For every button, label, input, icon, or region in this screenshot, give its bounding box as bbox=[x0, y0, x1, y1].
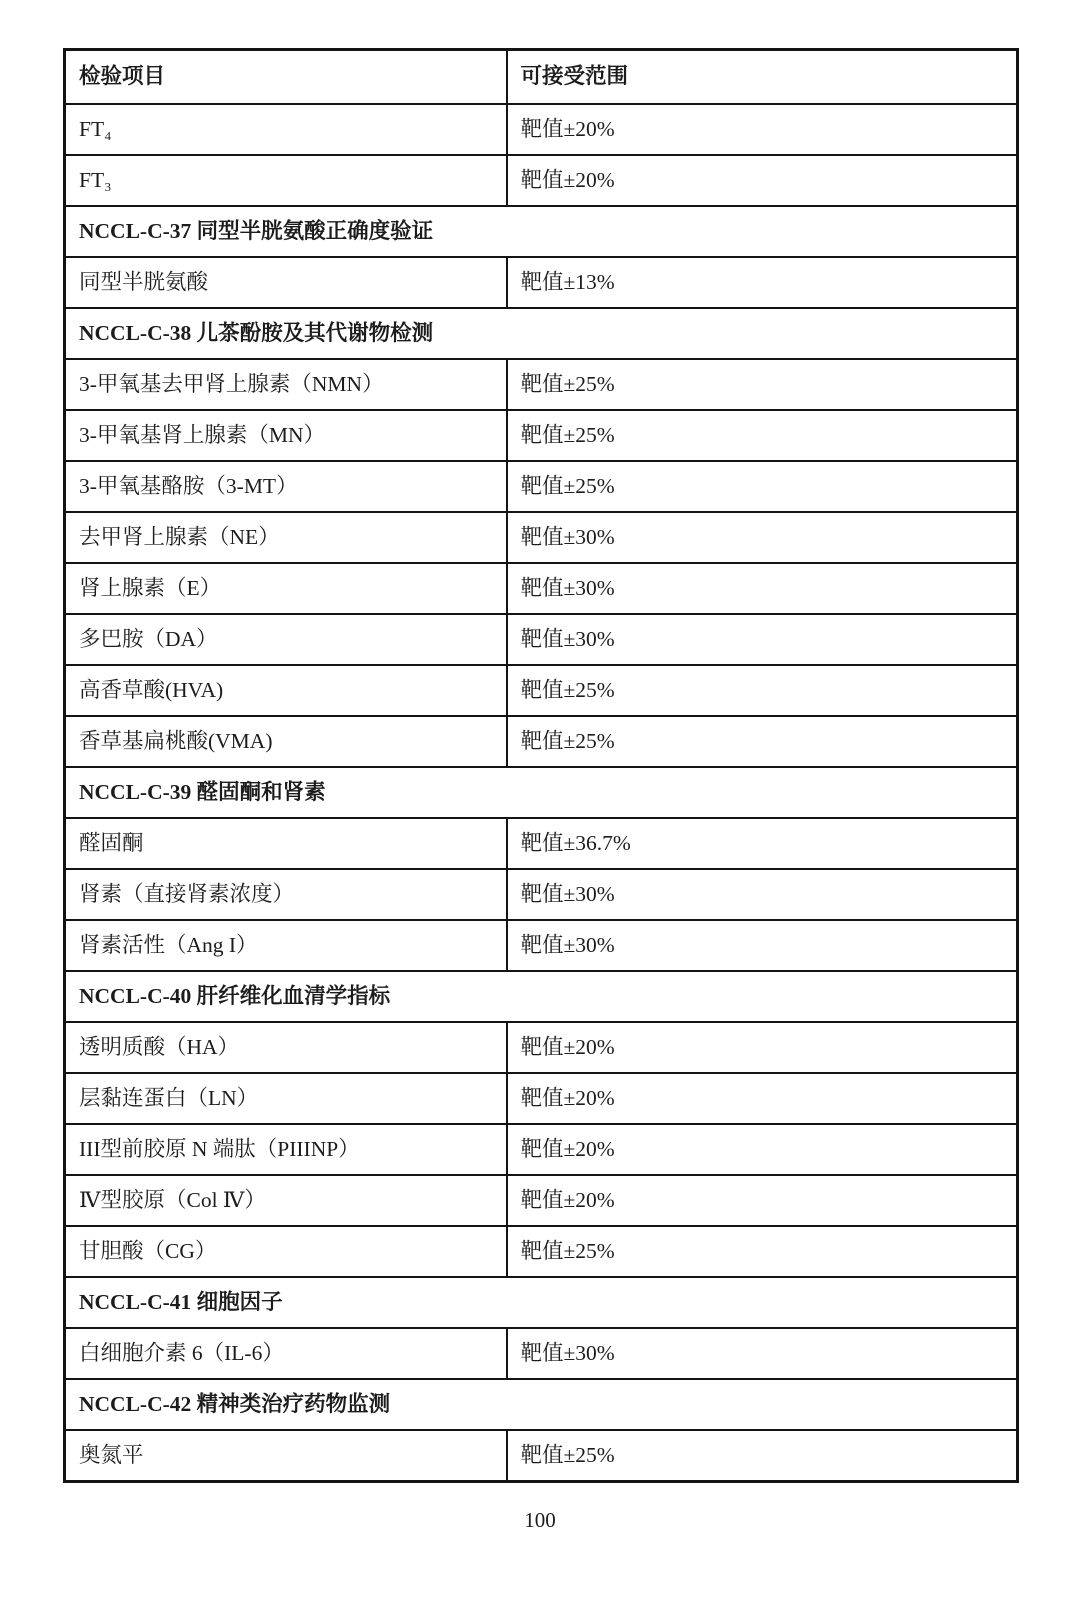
table-row: 3-甲氧基去甲肾上腺素（NMN）靶值±25% bbox=[65, 359, 1018, 410]
document-page: 检验项目 可接受范围 FT₄靶值±20%FT₃靶值±20%NCCL-C-37 同… bbox=[0, 0, 1080, 1603]
table-row: 同型半胱氨酸靶值±13% bbox=[65, 257, 1018, 308]
table-row: 醛固酮靶值±36.7% bbox=[65, 818, 1018, 869]
section-row: NCCL-C-37 同型半胱氨酸正确度验证 bbox=[65, 206, 1018, 257]
table-row: 透明质酸（HA）靶值±20% bbox=[65, 1022, 1018, 1073]
table-row: 肾素（直接肾素浓度）靶值±30% bbox=[65, 869, 1018, 920]
item-name-cell: 3-甲氧基去甲肾上腺素（NMN） bbox=[65, 359, 507, 410]
item-name-cell: 奥氮平 bbox=[65, 1430, 507, 1482]
item-name-cell: 甘胆酸（CG） bbox=[65, 1226, 507, 1277]
table-row: 甘胆酸（CG）靶值±25% bbox=[65, 1226, 1018, 1277]
column-header-test-item: 检验项目 bbox=[65, 50, 507, 105]
item-name-cell: FT₃ bbox=[65, 155, 507, 206]
table-row: 去甲肾上腺素（NE）靶值±30% bbox=[65, 512, 1018, 563]
item-name-cell: 多巴胺（DA） bbox=[65, 614, 507, 665]
range-value-cell: 靶值±25% bbox=[507, 359, 1018, 410]
range-value-cell: 靶值±25% bbox=[507, 665, 1018, 716]
table-row: 肾上腺素（E）靶值±30% bbox=[65, 563, 1018, 614]
range-value-cell: 靶值±20% bbox=[507, 1073, 1018, 1124]
range-value-cell: 靶值±36.7% bbox=[507, 818, 1018, 869]
header-row: 检验项目 可接受范围 bbox=[65, 50, 1018, 105]
table-row: 肾素活性（Ang I）靶值±30% bbox=[65, 920, 1018, 971]
item-name-cell: 肾上腺素（E） bbox=[65, 563, 507, 614]
range-value-cell: 靶值±30% bbox=[507, 869, 1018, 920]
item-name-cell: 透明质酸（HA） bbox=[65, 1022, 507, 1073]
range-value-cell: 靶值±30% bbox=[507, 512, 1018, 563]
range-value-cell: 靶值±20% bbox=[507, 155, 1018, 206]
item-name-cell: 3-甲氧基酪胺（3-MT） bbox=[65, 461, 507, 512]
section-title-cell: NCCL-C-42 精神类治疗药物监测 bbox=[65, 1379, 1018, 1430]
item-name-cell: Ⅳ型胶原（Col Ⅳ） bbox=[65, 1175, 507, 1226]
table-header: 检验项目 可接受范围 bbox=[65, 50, 1018, 105]
item-name-cell: 肾素（直接肾素浓度） bbox=[65, 869, 507, 920]
section-row: NCCL-C-41 细胞因子 bbox=[65, 1277, 1018, 1328]
range-value-cell: 靶值±20% bbox=[507, 104, 1018, 155]
range-value-cell: 靶值±20% bbox=[507, 1022, 1018, 1073]
item-name-cell: 白细胞介素 6（IL-6） bbox=[65, 1328, 507, 1379]
range-value-cell: 靶值±30% bbox=[507, 563, 1018, 614]
section-title-cell: NCCL-C-39 醛固酮和肾素 bbox=[65, 767, 1018, 818]
range-value-cell: 靶值±30% bbox=[507, 614, 1018, 665]
table-row: 高香草酸(HVA)靶值±25% bbox=[65, 665, 1018, 716]
range-value-cell: 靶值±30% bbox=[507, 1328, 1018, 1379]
table-row: FT₃靶值±20% bbox=[65, 155, 1018, 206]
range-value-cell: 靶值±25% bbox=[507, 461, 1018, 512]
range-value-cell: 靶值±25% bbox=[507, 410, 1018, 461]
range-value-cell: 靶值±13% bbox=[507, 257, 1018, 308]
item-name-cell: 层黏连蛋白（LN） bbox=[65, 1073, 507, 1124]
table-row: 香草基扁桃酸(VMA)靶值±25% bbox=[65, 716, 1018, 767]
acceptance-range-table: 检验项目 可接受范围 FT₄靶值±20%FT₃靶值±20%NCCL-C-37 同… bbox=[63, 48, 1019, 1483]
section-title-cell: NCCL-C-40 肝纤维化血清学指标 bbox=[65, 971, 1018, 1022]
item-name-cell: III型前胶原 N 端肽（PIIINP） bbox=[65, 1124, 507, 1175]
section-row: NCCL-C-42 精神类治疗药物监测 bbox=[65, 1379, 1018, 1430]
section-title-cell: NCCL-C-37 同型半胱氨酸正确度验证 bbox=[65, 206, 1018, 257]
table-row: 多巴胺（DA）靶值±30% bbox=[65, 614, 1018, 665]
item-name-cell: 醛固酮 bbox=[65, 818, 507, 869]
item-name-cell: 肾素活性（Ang I） bbox=[65, 920, 507, 971]
section-row: NCCL-C-39 醛固酮和肾素 bbox=[65, 767, 1018, 818]
table-row: Ⅳ型胶原（Col Ⅳ）靶值±20% bbox=[65, 1175, 1018, 1226]
table-row: III型前胶原 N 端肽（PIIINP）靶值±20% bbox=[65, 1124, 1018, 1175]
item-name-cell: 高香草酸(HVA) bbox=[65, 665, 507, 716]
item-name-cell: 同型半胱氨酸 bbox=[65, 257, 507, 308]
section-row: NCCL-C-38 儿茶酚胺及其代谢物检测 bbox=[65, 308, 1018, 359]
table-row: FT₄靶值±20% bbox=[65, 104, 1018, 155]
table-row: 层黏连蛋白（LN）靶值±20% bbox=[65, 1073, 1018, 1124]
section-title-cell: NCCL-C-41 细胞因子 bbox=[65, 1277, 1018, 1328]
item-name-cell: 去甲肾上腺素（NE） bbox=[65, 512, 507, 563]
range-value-cell: 靶值±20% bbox=[507, 1175, 1018, 1226]
table-row: 白细胞介素 6（IL-6）靶值±30% bbox=[65, 1328, 1018, 1379]
item-name-cell: 香草基扁桃酸(VMA) bbox=[65, 716, 507, 767]
table-row: 奥氮平靶值±25% bbox=[65, 1430, 1018, 1482]
range-value-cell: 靶值±25% bbox=[507, 716, 1018, 767]
table-row: 3-甲氧基酪胺（3-MT）靶值±25% bbox=[65, 461, 1018, 512]
table-body: FT₄靶值±20%FT₃靶值±20%NCCL-C-37 同型半胱氨酸正确度验证同… bbox=[65, 104, 1018, 1482]
table-row: 3-甲氧基肾上腺素（MN）靶值±25% bbox=[65, 410, 1018, 461]
range-value-cell: 靶值±25% bbox=[507, 1226, 1018, 1277]
item-name-cell: 3-甲氧基肾上腺素（MN） bbox=[65, 410, 507, 461]
section-row: NCCL-C-40 肝纤维化血清学指标 bbox=[65, 971, 1018, 1022]
range-value-cell: 靶值±20% bbox=[507, 1124, 1018, 1175]
range-value-cell: 靶值±30% bbox=[507, 920, 1018, 971]
section-title-cell: NCCL-C-38 儿茶酚胺及其代谢物检测 bbox=[65, 308, 1018, 359]
column-header-acceptable-range: 可接受范围 bbox=[507, 50, 1018, 105]
page-number: 100 bbox=[0, 1508, 1080, 1533]
item-name-cell: FT₄ bbox=[65, 104, 507, 155]
range-value-cell: 靶值±25% bbox=[507, 1430, 1018, 1482]
